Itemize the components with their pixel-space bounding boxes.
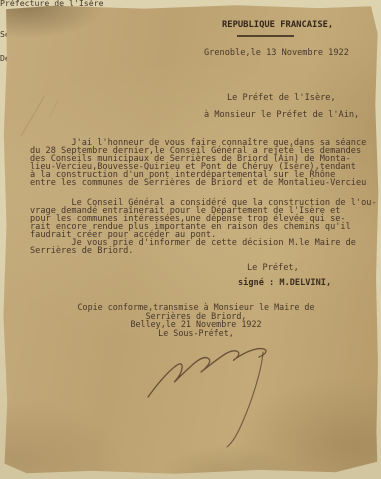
signature-title: Le Préfet,	[247, 264, 299, 272]
copy-note-line4: Le Sous-Préfet,	[72, 329, 320, 338]
signature-signed-line: signé : M.DELVINI,	[238, 279, 331, 287]
body-paragraph-1: J'ai l'honneur de vous faire connaître q…	[30, 139, 374, 187]
body-paragraph-3: Je vous prie d'informer de cette décisio…	[30, 239, 374, 255]
recipient-line: à Monsieur le Préfet de l'Ain,	[204, 111, 359, 119]
scanned-letter-page: Préfecture de l'Isère -------- Conseil G…	[0, 0, 381, 479]
republic-underline	[237, 35, 294, 37]
republic-heading: REPUBLIQUE FRANCAISE,	[222, 21, 333, 29]
dateline: Grenoble,le 13 Novembre 1922	[204, 49, 349, 57]
sender-line: Le Préfet de l'Isère,	[227, 94, 336, 102]
body-paragraph-2: Le Conseil Général a considéré que la co…	[30, 199, 374, 239]
copy-note-block: Copie conforme,transmise à Monsieur le M…	[72, 303, 320, 337]
